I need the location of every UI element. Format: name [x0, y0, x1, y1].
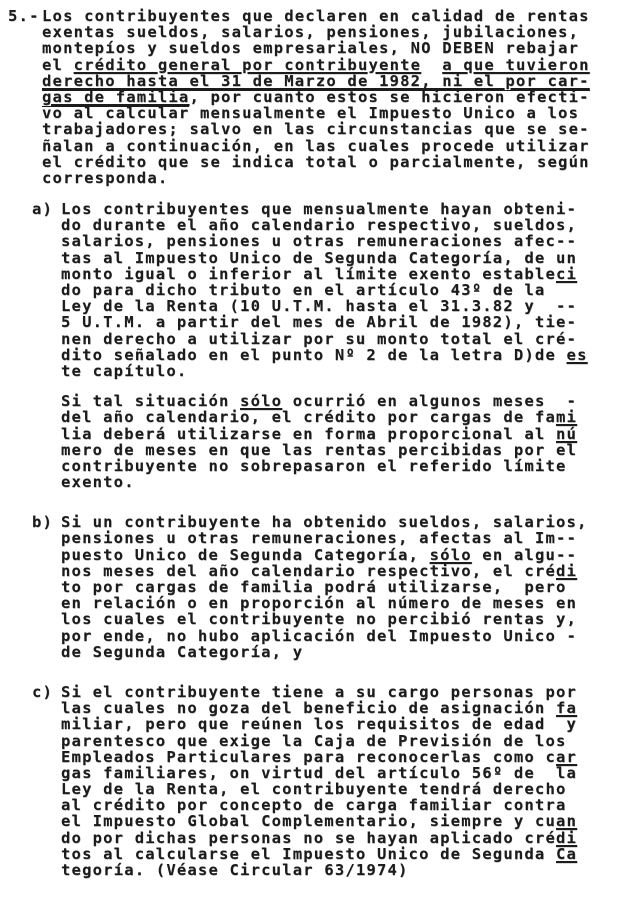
text-line: puesto Unico de Segunda Categoría, sólo …: [61, 547, 626, 563]
text-line: nos meses del año calendario respectivo,…: [61, 563, 626, 579]
text-line: montepíos y sueldos empresariales, NO DE…: [42, 40, 626, 56]
text-line: el crédito que se indica total o parcial…: [42, 154, 626, 170]
underlined-text-segment: crédito general por contribuyente: [74, 56, 422, 74]
text-line: Ley de la Renta (10 U.T.M. hasta el 31.3…: [61, 298, 626, 314]
text-line: Empleados Particulares para reconocerlas…: [61, 749, 626, 765]
text-line: do durante el año calendario respectivo,…: [61, 217, 626, 233]
subitem-a-paragraph-2: Si tal situación sólo ocurrió en algunos…: [61, 393, 626, 490]
intro-paragraph: Los contribuyentes que declaren en calid…: [42, 8, 626, 186]
text-line: te capítulo.: [61, 363, 626, 379]
text-line: gas familiares, on virtud del artículo 5…: [61, 765, 626, 781]
text-line: mero de meses en que las rentas percibid…: [61, 442, 626, 458]
text-line: en relación o en proporción al número de…: [61, 595, 626, 611]
text-segment: [421, 56, 442, 74]
text-line: el Impuesto Global Complementario, siemp…: [61, 813, 626, 829]
underlined-text-segment: ci: [556, 265, 577, 283]
text-line: miliar, pero que reúnen los requisitos d…: [61, 716, 626, 732]
scanned-document-page: 5.- Los contribuyentes que declaren en c…: [0, 0, 630, 878]
subitem-a-paragraph-1: Los contribuyentes que mensualmente haya…: [61, 201, 626, 379]
text-line: do por dichas personas no se hayan aplic…: [61, 830, 626, 846]
text-segment: exento.: [61, 473, 135, 491]
text-segment: contribuyente no sobrepasaron el referid…: [61, 457, 567, 475]
text-line: del año calendario, el crédito por carga…: [61, 409, 626, 425]
text-line: las cuales no goza del beneficio de asig…: [61, 700, 626, 716]
text-line: ñalan a continuación, en las cuales proc…: [42, 138, 626, 154]
text-line: vo al calcular mensualmente el Impuesto …: [42, 105, 626, 121]
text-line: por ende, no hubo aplicación del Impuest…: [61, 628, 626, 644]
text-line: pensiones u otras remuneraciones, afecta…: [61, 530, 626, 546]
text-line: Los contribuyentes que mensualmente haya…: [61, 201, 626, 217]
text-line: Los contribuyentes que declaren en calid…: [42, 8, 626, 24]
text-line: tas al Impuesto Unico de Segunda Categor…: [61, 250, 626, 266]
subitem-b-label: b): [32, 514, 61, 530]
text-line: el crédito general por contribuyente a q…: [42, 57, 626, 73]
subitem-a-label: a): [32, 201, 61, 217]
text-line: tos al calcularse el Impuesto Unico de S…: [61, 846, 626, 862]
subitem-c-paragraph: Si el contribuyente tiene a su cargo per…: [61, 684, 626, 878]
text-line: derecho hasta el 31 de Marzo de 1982, ni…: [42, 73, 626, 89]
text-line: exentas sueldos, salarios, pensiones, ju…: [42, 24, 626, 40]
text-line: Si un contribuyente ha obtenido sueldos,…: [61, 514, 626, 530]
text-line: dito señalado en el punto Nº 2 de la let…: [61, 347, 626, 363]
text-segment: corresponda.: [42, 169, 168, 187]
text-segment: de Segunda Categoría, y: [61, 643, 303, 661]
subitem-b-paragraph: Si un contribuyente ha obtenido sueldos,…: [61, 514, 626, 660]
text-line: gas de familia, por cuanto estos se hici…: [42, 89, 626, 105]
underlined-text-segment: a que tuvieron: [442, 56, 589, 74]
text-line: de Segunda Categoría, y: [61, 644, 626, 660]
subitem-a: a) Los contribuyentes que mensualmente h…: [32, 201, 626, 490]
text-line: Si tal situación sólo ocurrió en algunos…: [61, 393, 626, 409]
item-body: Los contribuyentes que declaren en calid…: [42, 8, 626, 186]
text-segment: el: [42, 56, 74, 74]
text-line: al crédito por concepto de carga familia…: [61, 797, 626, 813]
underlined-text-segment: Ca: [556, 845, 577, 863]
text-line: exento.: [61, 474, 626, 490]
text-line: lia deberá utilizarse en forma proporcio…: [61, 426, 626, 442]
numbered-item-5: 5.- Los contribuyentes que declaren en c…: [8, 8, 626, 186]
text-line: monto igual o inferior al límite exento …: [61, 266, 626, 282]
text-line: contribuyente no sobrepasaron el referid…: [61, 458, 626, 474]
text-line: Ley de la Renta, el contribuyente tendrá…: [61, 781, 626, 797]
text-line: to por cargas de familia podrá utilizars…: [61, 579, 626, 595]
text-line: trabajadores; salvo en las circunstancia…: [42, 121, 626, 137]
subitem-c: c) Si el contribuyente tiene a su cargo …: [32, 684, 626, 878]
text-line: parentesco que exige la Caja de Previsió…: [61, 733, 626, 749]
text-line: corresponda.: [42, 170, 626, 186]
text-line: Si el contribuyente tiene a su cargo per…: [61, 684, 626, 700]
text-line: do para dicho tributo en el artículo 43º…: [61, 282, 626, 298]
subitem-c-body: Si el contribuyente tiene a su cargo per…: [61, 684, 626, 878]
underlined-text-segment: es: [567, 346, 588, 364]
text-line: nen derecho a utilizar por su monto tota…: [61, 331, 626, 347]
text-line: salarios, pensiones u otras remuneracion…: [61, 233, 626, 249]
subitem-c-label: c): [32, 684, 61, 700]
text-line: los cuales el contribuyente no percibió …: [61, 611, 626, 627]
text-line: tegoría. (Véase Circular 63/1974): [61, 862, 626, 878]
text-line: 5 U.T.M. a partir del mes de Abril de 19…: [61, 314, 626, 330]
item-number: 5.-: [8, 8, 42, 24]
subitem-b-body: Si un contribuyente ha obtenido sueldos,…: [61, 514, 626, 660]
subitem-b: b) Si un contribuyente ha obtenido sueld…: [32, 514, 626, 660]
subitem-a-body: Los contribuyentes que mensualmente haya…: [61, 201, 626, 490]
text-segment: te capítulo.: [61, 362, 187, 380]
text-segment: tegoría. (Véase Circular 63/1974): [61, 861, 409, 879]
